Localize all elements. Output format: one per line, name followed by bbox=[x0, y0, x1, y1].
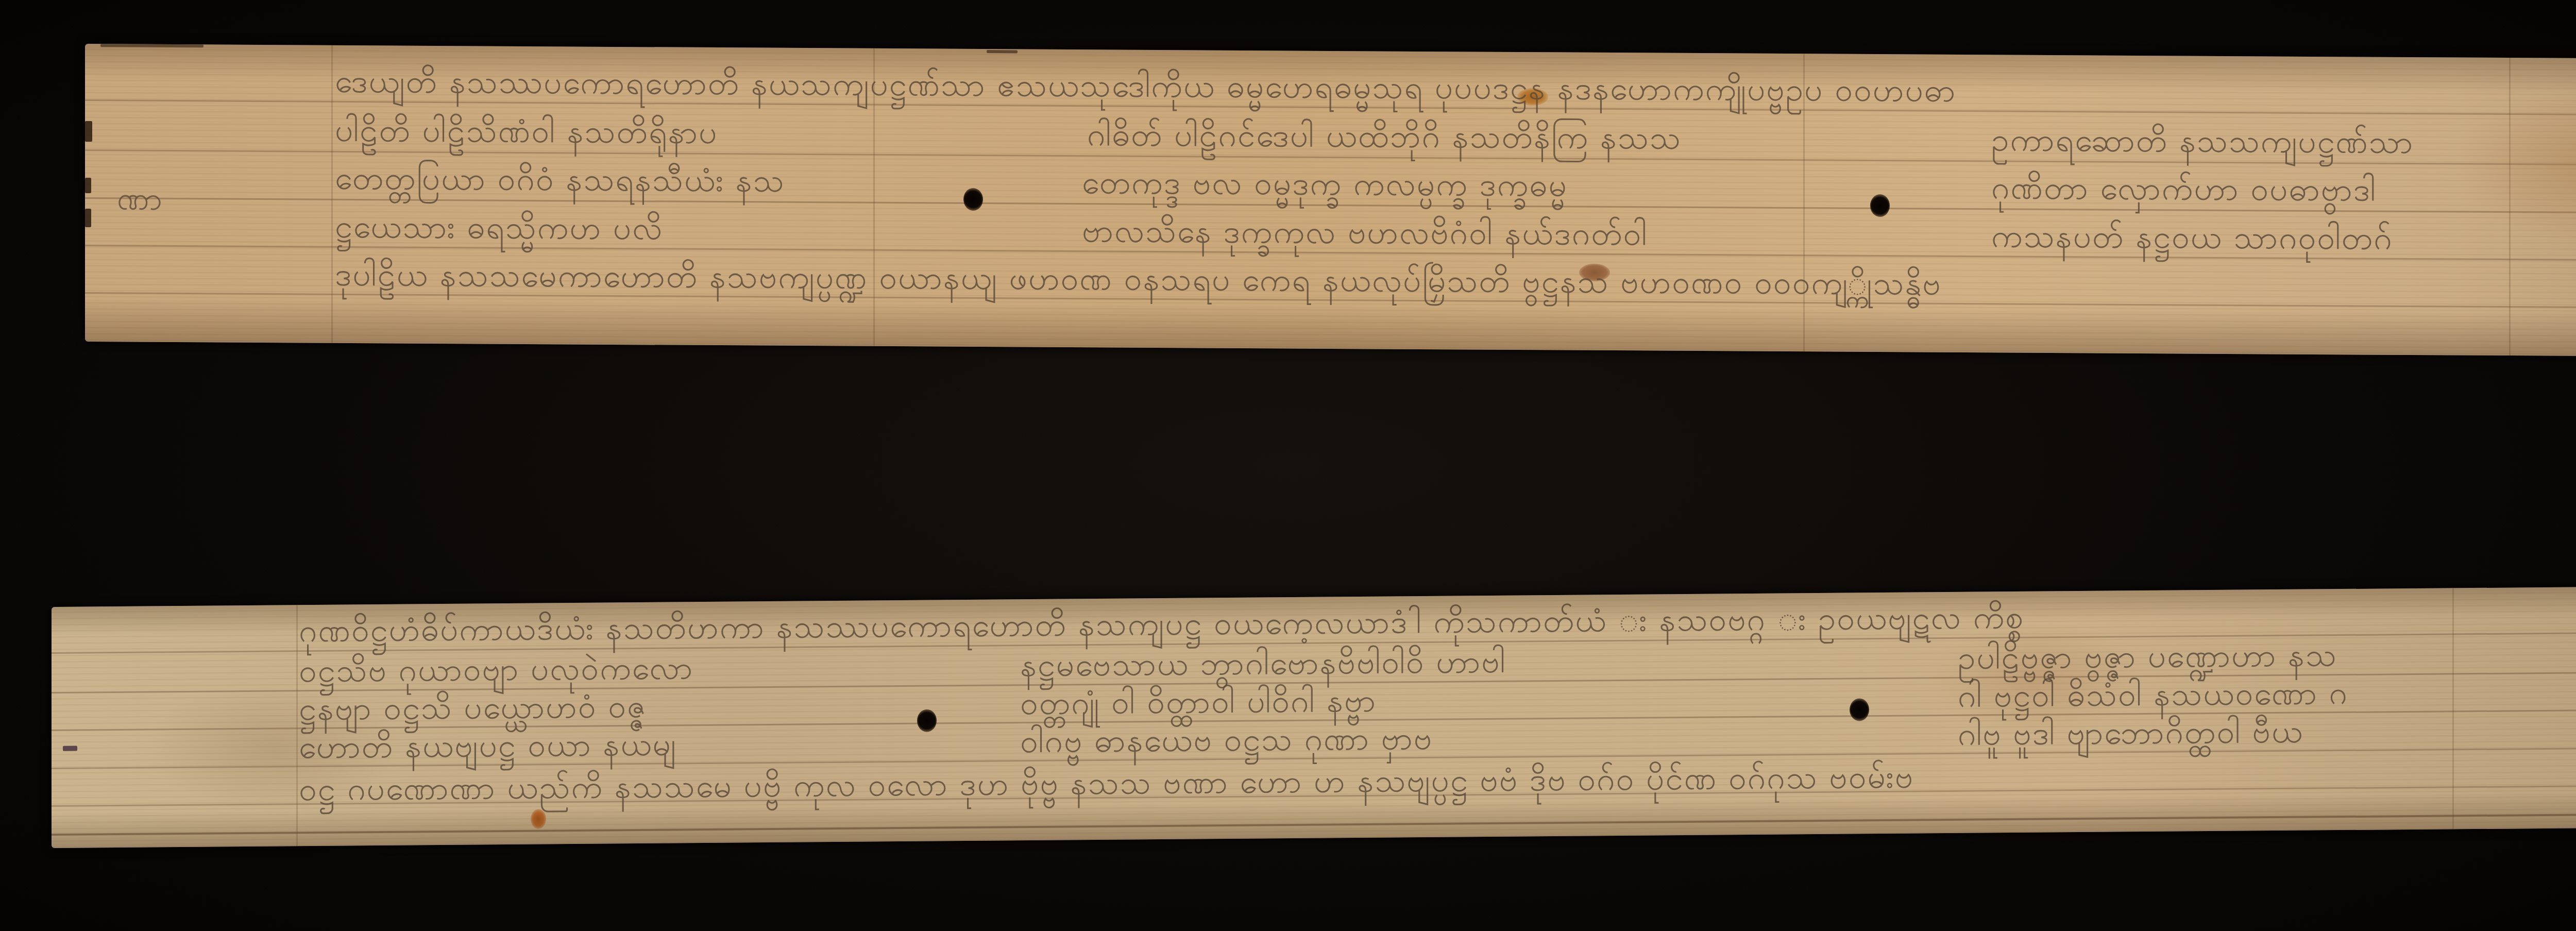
text-line-4-right: ကသနပတ် နဋ္ဌဝယ သာဂဝုဝါတဂ် bbox=[1991, 215, 2393, 259]
string-hole bbox=[963, 188, 983, 211]
edge-damage bbox=[63, 746, 77, 751]
text-line-3-right: ဂါ ဗုဋ္ဌဝါ ဓိသံဝါ နသယဝဏော ဂ bbox=[1958, 672, 2348, 717]
string-hole bbox=[1870, 194, 1890, 217]
ruled-line bbox=[52, 812, 2576, 836]
text-line-4-mid: ဗာလသိနေ ဒုက္ခကုလ ဗဟလဗိဂံဝါ နယ်ဒဂတ်ဝါ bbox=[1082, 210, 1648, 255]
edge-damage bbox=[85, 178, 91, 193]
edge-damage bbox=[85, 209, 91, 227]
text-line-5: ဒုပါဠိယ နသသမေကာဟောတိ နသဗကျပ္ပဏ္ဍ ဝယာနယျ … bbox=[335, 254, 1942, 304]
stain bbox=[531, 809, 546, 828]
text-line-3-left: တေတ္တပြယာ ဝဂိဝံ နသရနသီယံး နသ bbox=[335, 158, 785, 201]
text-line-2-mid: ဂါဓိတ် ပါဠိဂင်ဒေပါ ယထိဘိုဂိ နသတိနိကြ နသသ bbox=[1087, 114, 1682, 159]
leaf-number: ဏာ bbox=[117, 178, 162, 219]
text-line-2-right: ဥကာရဆောတိ နသသကျပဋ္ဌဏ်သာ bbox=[1991, 119, 2414, 163]
text-line-4-left: ဋ္ဌယေသား ဓရသ္မိကဟ ပလိ bbox=[335, 206, 663, 249]
stain bbox=[2455, 88, 2576, 244]
text-line-3-left: ဋ္ဌနဗျာ ဝဋ္ဌသိ ပယ္ယောဟဝံ ဝဇ္ဇ bbox=[299, 686, 647, 730]
text-line-2-mid: နဋ္ဌမဗေသာယ ဘွာဂါဗောနဗိဗါဝါဝိ ဟာဗါ bbox=[1020, 641, 1506, 686]
text-line-3-mid: ဝတ္တဂျုံ ဝါ ဝိတ္ထာဝါ ပါဝိဂါ နဗ္ဗာ bbox=[1020, 680, 1377, 724]
margin-rule bbox=[2452, 588, 2454, 829]
edge-damage bbox=[100, 44, 204, 47]
edge-damage bbox=[85, 121, 92, 142]
text-line-2-right: ဥပါဠိဗ္ဗဇ္ဇာ ဗွဇ္ဇာ ပဏ္ဍောဟာ နသ bbox=[1958, 634, 2337, 679]
text-line-3-right: ဂုဏိတာ လှောက်ဟာ ဝပဓာဗွာဒါ bbox=[1991, 167, 2377, 210]
palm-leaf-bottom: ဂုဏဝိဋ္ဌဟံဓိပ်ကာယဒိယံး နသတိဟကာ နသဿပကောရဟ… bbox=[52, 586, 2576, 848]
text-line-2-left: ပါဠိတိ ပါဠိသိဏံဝါ နသတိရိုနာပ bbox=[335, 110, 718, 153]
margin-rule bbox=[331, 45, 333, 343]
edge-damage bbox=[987, 50, 1018, 53]
text-line-2-left: ဝဋ္ဌသိဗ ဂုယာဝဗျာ ပလုဝဲကလော bbox=[299, 647, 693, 691]
palm-leaf-top: ဏာ ဒေယျတိ နသဿပကောရဟောတိ နယသကျပဋ္ဌဏ်သာ ဧသ… bbox=[85, 44, 2576, 357]
text-line-4-left: ဟောတိ နယဗျပဋ္ဌ ဝယာ နယမျ bbox=[299, 723, 677, 768]
text-line-4-right: ဂါဗူ ဗူဒါ ဗျာဘောဂိတ္ထဝါ ဗီယ bbox=[1958, 711, 2303, 755]
text-line-4-mid: ဝါဂဗ္ဗ ဓာနယေဗ ဝဋ္ဌသ ဂုဏာ ဗှာဗ bbox=[1020, 718, 1433, 762]
string-hole bbox=[917, 709, 937, 732]
string-hole bbox=[1850, 698, 1869, 721]
text-line-3-mid: တေကုဒ္ဒ ဗလ ဝမ္မဒုက္ခ ကလမ္ပက္ခ ဒုက္ခဓမ္မ bbox=[1082, 162, 1568, 206]
